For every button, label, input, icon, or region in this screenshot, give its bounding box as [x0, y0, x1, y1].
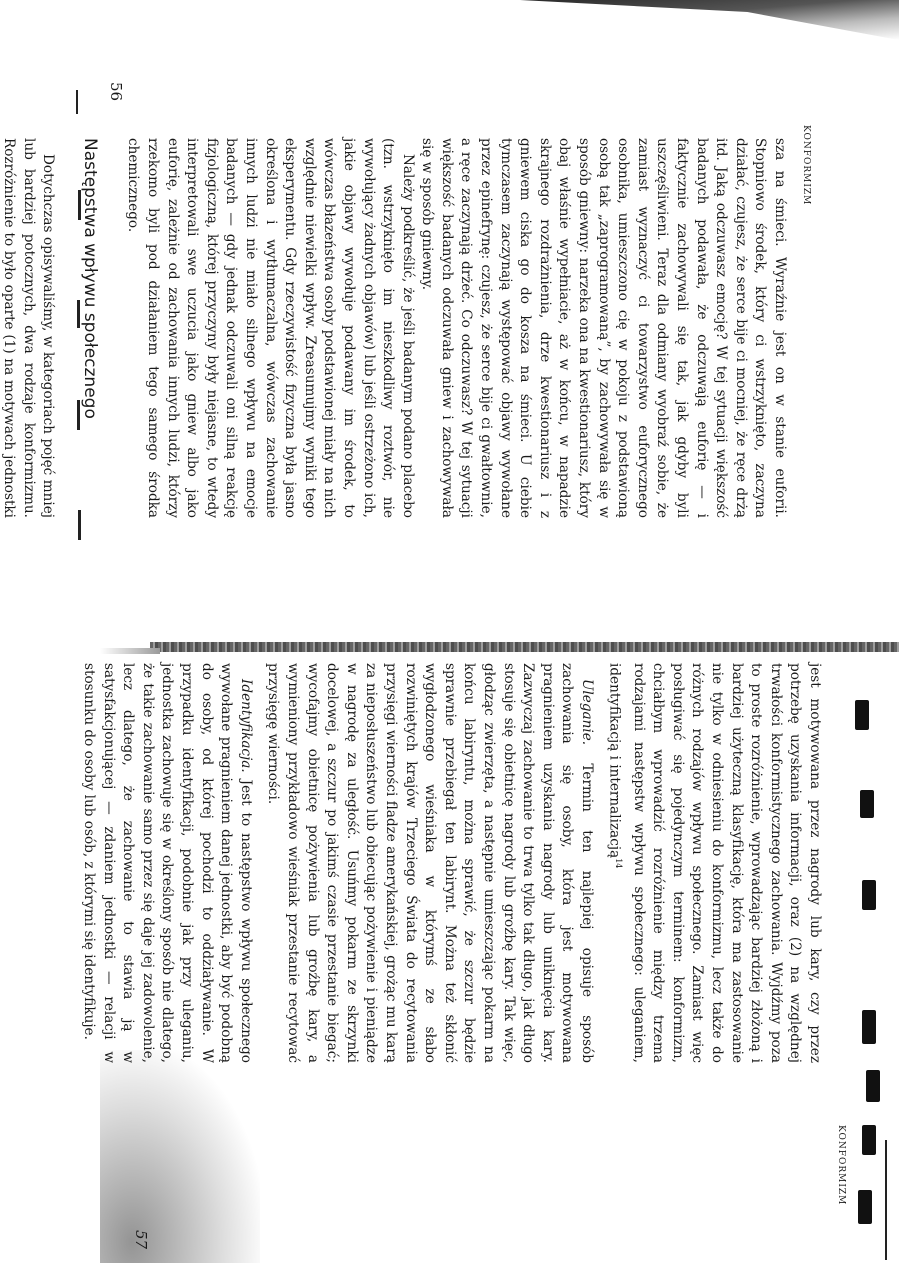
- page-56: KONFORMIZM sza na śmieci. Wyraźnie jest …: [100, 0, 815, 640]
- footnote-ref: 14: [614, 858, 623, 868]
- edge-tab-mark: [862, 880, 876, 910]
- paragraph: Dotychczas opisywaliśmy, w kategoriach p…: [0, 138, 57, 518]
- edge-tab-mark: [858, 1190, 872, 1224]
- gutter-fade: [100, 648, 160, 654]
- edge-tab-mark: [862, 1010, 876, 1044]
- page-number: 57: [132, 1230, 150, 1249]
- page-number: 56: [107, 82, 125, 101]
- running-head: KONFORMIZM: [836, 1125, 846, 1205]
- term-uleganie: Uleganie.: [579, 679, 595, 745]
- edge-tab-mark: [866, 1070, 880, 1102]
- paragraph-text: jest motywowana przez nagrody lub kary, …: [607, 663, 823, 1063]
- edge-rule: [885, 1140, 887, 1260]
- edge-tab-mark: [855, 700, 869, 730]
- paragraph-text: Termin ten najlepiej opisuje sposób zach…: [265, 663, 595, 1063]
- paragraph: jest motywowana przez nagrody lub kary, …: [604, 663, 824, 1063]
- page-body: sza na śmieci. Wyraźnie jest on w stanie…: [0, 138, 789, 518]
- edge-tab-mark: [860, 790, 874, 818]
- paragraph: Należy podkreślić, że jeśli badanym poda…: [123, 138, 417, 518]
- section-heading: Następstwa wpływu społecznego: [79, 138, 99, 518]
- edge-tab-mark: [862, 1125, 876, 1155]
- edge-mark-left: [76, 90, 78, 114]
- book-spine-gutter: [150, 642, 899, 652]
- page-57: KONFORMIZM jest motywowana przez nagrody…: [100, 655, 850, 1263]
- page-body: jest motywowana przez nagrody lub kary, …: [79, 663, 825, 1063]
- paragraph-uleganie: Uleganie. Termin ten najlepiej opisuje s…: [263, 663, 596, 1063]
- term-identyfikacja: Identyfikacja.: [238, 679, 254, 773]
- running-head: KONFORMIZM: [801, 125, 811, 205]
- paragraph: sza na śmieci. Wyraźnie jest on w stanie…: [417, 138, 789, 518]
- paragraph-identyfikacja: Identyfikacja. Jest to następstwo wpływu…: [79, 663, 255, 1063]
- paragraph-text: Jest to następstwo wpływu społecznego wy…: [81, 663, 254, 1063]
